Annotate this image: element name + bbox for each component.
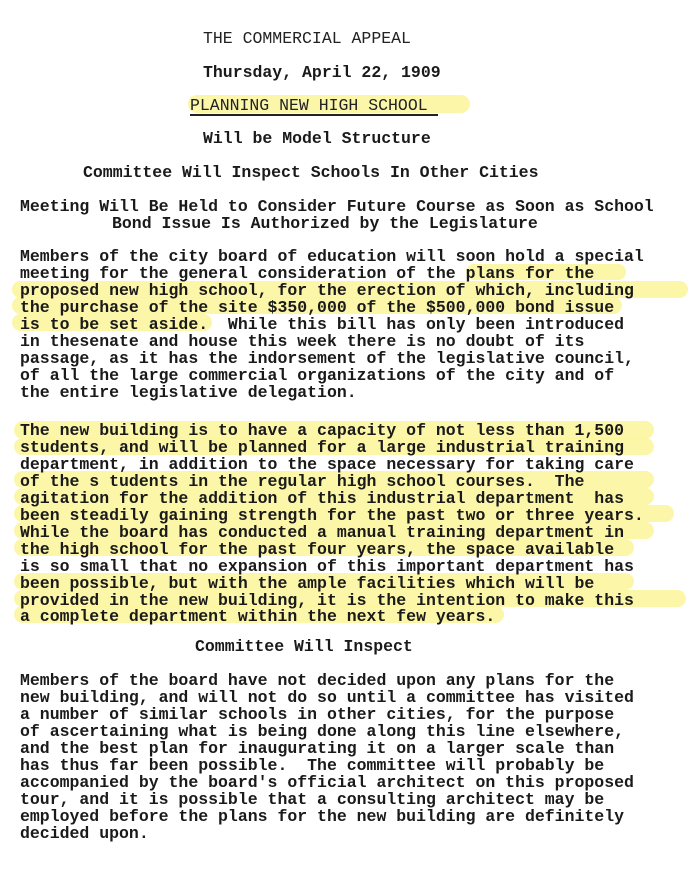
section-heading: Committee Will Inspect [195,638,413,655]
p2-line: a complete department within the next fe… [20,608,495,625]
p2-line: been possible, but with the ample facili… [20,575,594,592]
p1-line: meeting for the general consideration of… [20,265,594,282]
p2-line: students, and will be planned for a larg… [20,439,624,456]
p3-line: and the best plan for inaugurating it on… [20,740,614,757]
p2-line: While the board has conducted a manual t… [20,524,624,541]
p1-line: proposed new high school, for the erecti… [20,282,634,299]
p1-line: in thesenate and house this week there i… [20,333,584,350]
p1-line: Members of the city board of education w… [20,248,644,265]
p3-line: tour, and it is possible that a consulti… [20,791,604,808]
p1-line: passage, as it has the indorsement of th… [20,350,634,367]
subhead-meeting-2: Bond Issue Is Authorized by the Legislat… [112,215,538,232]
p3-line: Members of the board have not decided up… [20,672,614,689]
p1-line: the entire legislative delegation. [20,384,357,401]
subhead-committee: Committee Will Inspect Schools In Other … [83,164,538,181]
p3-line: accompanied by the board's official arch… [20,774,634,791]
p3-line: a number of similar schools in other cit… [20,706,614,723]
p3-line: new building, and will not do so until a… [20,689,634,706]
subhead-model-structure: Will be Model Structure [203,130,431,147]
publication-name: THE COMMERCIAL APPEAL [203,30,411,47]
p1-line: the purchase of the site $350,000 of the… [20,299,614,316]
p2-line: of the s tudents in the regular high sch… [20,473,584,490]
p3-line: employed before the plans for the new bu… [20,808,624,825]
p2-line: The new building is to have a capacity o… [20,422,624,439]
p1-line: of all the large commercial organization… [20,367,614,384]
p2-line: been steadily gaining strength for the p… [20,507,644,524]
p2-line: is so small that no expansion of this im… [20,558,634,575]
p3-line: of ascertaining what is being done along… [20,723,624,740]
p2-line: the high school for the past four years,… [20,541,614,558]
publication-date: Thursday, April 22, 1909 [203,64,441,81]
p3-line: decided upon. [20,825,149,842]
p3-line: has thus far been possible. The committe… [20,757,604,774]
p2-line: department, in addition to the space nec… [20,456,634,473]
p1-line: is to be set aside. While this bill has … [20,316,624,333]
subhead-meeting-1: Meeting Will Be Held to Consider Future … [20,198,654,215]
p2-line: agitation for the addition of this indus… [20,490,624,507]
headline-underline [190,114,438,116]
headline: PLANNING NEW HIGH SCHOOL [190,97,428,114]
